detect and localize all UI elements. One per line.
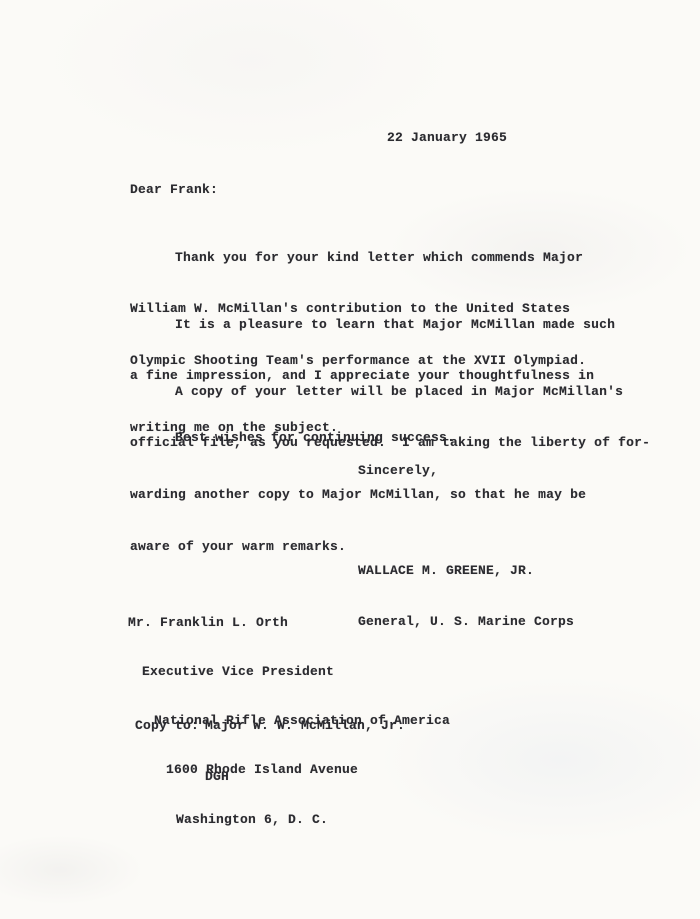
body-line: warding another copy to Major McMillan, … <box>130 486 650 503</box>
address-line: Executive Vice President <box>128 664 450 680</box>
typist-initials: DGH <box>205 768 229 785</box>
scanned-letter-page: { "colors": { "paper": "#fbfaf7", "ink":… <box>0 0 700 919</box>
address-line: Washington 6, D. C. <box>128 812 450 828</box>
letter-date: 22 January 1965 <box>387 130 507 145</box>
body-line: It is a pleasure to learn that Major McM… <box>130 316 615 333</box>
body-paragraph-4: Best wishes for continuing success. <box>130 430 455 445</box>
address-line: Mr. Franklin L. Orth <box>128 615 450 631</box>
copy-to-spacer <box>135 768 205 785</box>
copy-to-name: Major W. W. McMillan, Jr. <box>205 717 405 734</box>
signature-name: WALLACE M. GREENE, JR. <box>358 562 574 579</box>
body-line: Thank you for your kind letter which com… <box>130 249 586 266</box>
copy-to-block: Copy to: Major W. W. McMillan, Jr. DGH <box>135 683 405 802</box>
copy-to-label: Copy to: <box>135 717 205 734</box>
body-line: A copy of your letter will be placed in … <box>130 383 650 400</box>
complimentary-closing: Sincerely, <box>358 463 438 478</box>
salutation: Dear Frank: <box>130 182 218 197</box>
